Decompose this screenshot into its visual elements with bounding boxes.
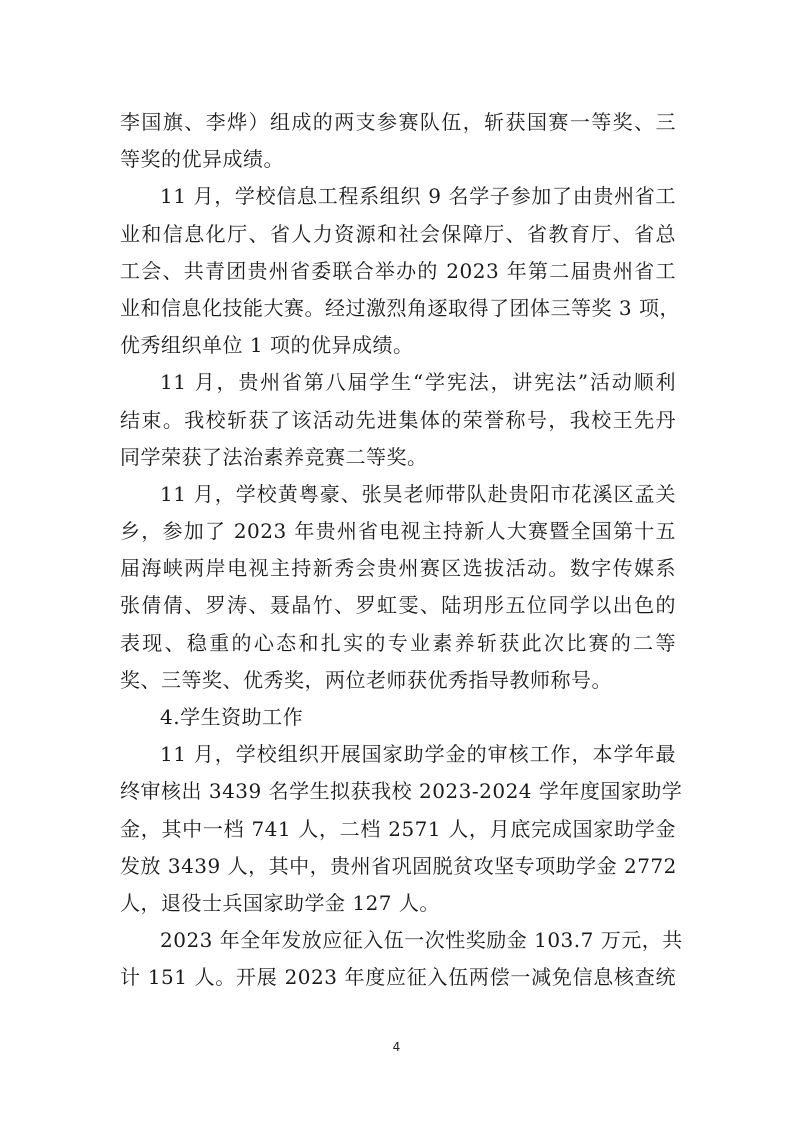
text-line: 届海峡两岸电视主持新秀会贵州赛区选拔活动。数字传媒系: [120, 550, 676, 587]
text-line: 11 月，贵州省第八届学生“学宪法，讲宪法”活动顺利: [120, 364, 676, 401]
section-heading-student-aid: 4.学生资助工作: [120, 699, 676, 736]
paragraph-tv-host-contest: 11 月，学校黄粤豪、张昊老师带队赴贵阳市花溪区孟关 乡，参加了 2023 年贵…: [120, 476, 676, 699]
text-line: 业和信息化厅、省人力资源和社会保障厅、省教育厅、省总: [120, 216, 676, 253]
text-line: 等奖的优异成绩。: [120, 141, 676, 178]
text-line: 人，退役士兵国家助学金 127 人。: [120, 885, 676, 922]
paragraph-constitution-activity: 11 月，贵州省第八届学生“学宪法，讲宪法”活动顺利 结束。我校斩获了该活动先进…: [120, 364, 676, 476]
section-heading: 4.学生资助工作: [120, 699, 676, 736]
text-line: 同学荣获了法治素养竞赛二等奖。: [120, 439, 676, 476]
text-line: 业和信息化技能大赛。经过激烈角逐取得了团体三等奖 3 项，: [120, 290, 676, 327]
text-line: 11 月，学校组织开展国家助学金的审核工作，本学年最: [120, 736, 676, 773]
text-line: 工会、共青团贵州省委联合举办的 2023 年第二届贵州省工: [120, 253, 676, 290]
text-line: 11 月，学校黄粤豪、张昊老师带队赴贵阳市花溪区孟关: [120, 476, 676, 513]
text-line: 发放 3439 人，其中，贵州省巩固脱贫攻坚专项助学金 2772: [120, 848, 676, 885]
page-number: 4: [0, 1040, 793, 1054]
text-line: 11 月，学校信息工程系组织 9 名学子参加了由贵州省工: [120, 178, 676, 215]
body-text: 李国旗、李烨）组成的两支参赛队伍，斩获国赛一等奖、三 等奖的优异成绩。 11 月…: [120, 104, 676, 997]
document-page: 李国旗、李烨）组成的两支参赛队伍，斩获国赛一等奖、三 等奖的优异成绩。 11 月…: [0, 0, 793, 1122]
text-line: 表现、稳重的心态和扎实的专业素养斩获此次比赛的二等: [120, 625, 676, 662]
paragraph-it-skills-contest: 11 月，学校信息工程系组织 9 名学子参加了由贵州省工 业和信息化厅、省人力资…: [120, 178, 676, 364]
text-line: 张倩倩、罗涛、聂晶竹、罗虹雯、陆玥彤五位同学以出色的: [120, 587, 676, 624]
text-line: 奖、三等奖、优秀奖，两位老师获优秀指导教师称号。: [120, 662, 676, 699]
text-line: 终审核出 3439 名学生拟获我校 2023-2024 学年度国家助学: [120, 773, 676, 810]
text-line: 计 151 人。开展 2023 年度应征入伍两偿一减免信息核查统: [120, 959, 676, 996]
paragraph-enlistment-reward: 2023 年全年发放应征入伍一次性奖励金 103.7 万元，共 计 151 人。…: [120, 922, 676, 996]
text-line: 优秀组织单位 1 项的优异成绩。: [120, 327, 676, 364]
text-line: 结束。我校斩获了该活动先进集体的荣誉称号，我校王先丹: [120, 402, 676, 439]
paragraph-award-continuation: 李国旗、李烨）组成的两支参赛队伍，斩获国赛一等奖、三 等奖的优异成绩。: [120, 104, 676, 178]
paragraph-national-grant: 11 月，学校组织开展国家助学金的审核工作，本学年最 终审核出 3439 名学生…: [120, 736, 676, 922]
text-line: 李国旗、李烨）组成的两支参赛队伍，斩获国赛一等奖、三: [120, 104, 676, 141]
text-line: 金，其中一档 741 人，二档 2571 人，月底完成国家助学金: [120, 811, 676, 848]
text-line: 乡，参加了 2023 年贵州省电视主持新人大赛暨全国第十五: [120, 513, 676, 550]
text-line: 2023 年全年发放应征入伍一次性奖励金 103.7 万元，共: [120, 922, 676, 959]
